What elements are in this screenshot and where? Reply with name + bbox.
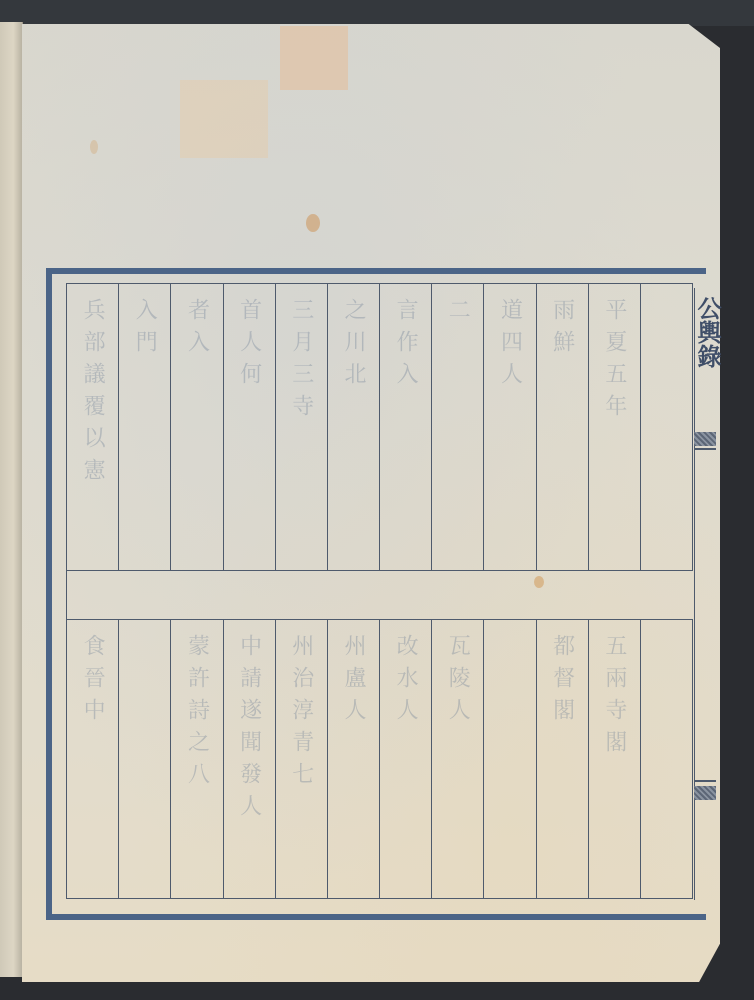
register-column: 首人何 <box>224 284 276 570</box>
register-column: 改水人 <box>380 620 432 898</box>
fish-tail-rule <box>694 780 716 782</box>
middle-band <box>67 571 693 619</box>
register-column: 雨鮮 <box>537 284 589 570</box>
fish-tail-mark <box>694 432 716 446</box>
register-column: 州治淳青七 <box>276 620 328 898</box>
register-column: 之川北 <box>328 284 380 570</box>
register-column: 平夏五年 <box>589 284 641 570</box>
block-heart-column <box>694 288 721 900</box>
upper-register: 兵部議覆以憲 入門 者入 首人何 三月三寺 之川北 言作入 二 道四人 雨鮮 平… <box>67 283 693 571</box>
register-column: 州盧人 <box>328 620 380 898</box>
lower-register: 食晉中 蒙許詩之八 中請遂聞發人 州治淳青七 州盧人 改水人 瓦陵人 都督閣 五… <box>67 619 693 899</box>
scan-backdrop <box>0 0 754 26</box>
register-column: 道四人 <box>484 284 536 570</box>
register-column <box>119 620 171 898</box>
register-column: 五兩寺閣 <box>589 620 641 898</box>
register-column <box>641 620 693 898</box>
register-column <box>484 620 536 898</box>
fish-tail-mark-lower <box>694 786 716 800</box>
register-column: 入門 <box>119 284 171 570</box>
foxing-stain <box>306 214 320 232</box>
seal-stamp <box>280 26 348 90</box>
register-column: 三月三寺 <box>276 284 328 570</box>
register-column: 都督閣 <box>537 620 589 898</box>
foxing-stain <box>90 140 98 154</box>
register-grid: 兵部議覆以憲 入門 者入 首人何 三月三寺 之川北 言作入 二 道四人 雨鮮 平… <box>66 283 695 899</box>
book-title: 公輿錄 <box>694 296 720 368</box>
register-column: 食晉中 <box>67 620 119 898</box>
fish-tail-rule <box>694 448 716 450</box>
seal-stamp-faded <box>180 80 268 158</box>
register-column <box>641 284 693 570</box>
register-column: 蒙許詩之八 <box>171 620 223 898</box>
register-column: 二 <box>432 284 484 570</box>
facing-page-edge <box>0 22 23 977</box>
register-column: 瓦陵人 <box>432 620 484 898</box>
register-column: 中請遂聞發人 <box>224 620 276 898</box>
register-column: 言作入 <box>380 284 432 570</box>
register-column: 者入 <box>171 284 223 570</box>
register-column: 兵部議覆以憲 <box>67 284 119 570</box>
